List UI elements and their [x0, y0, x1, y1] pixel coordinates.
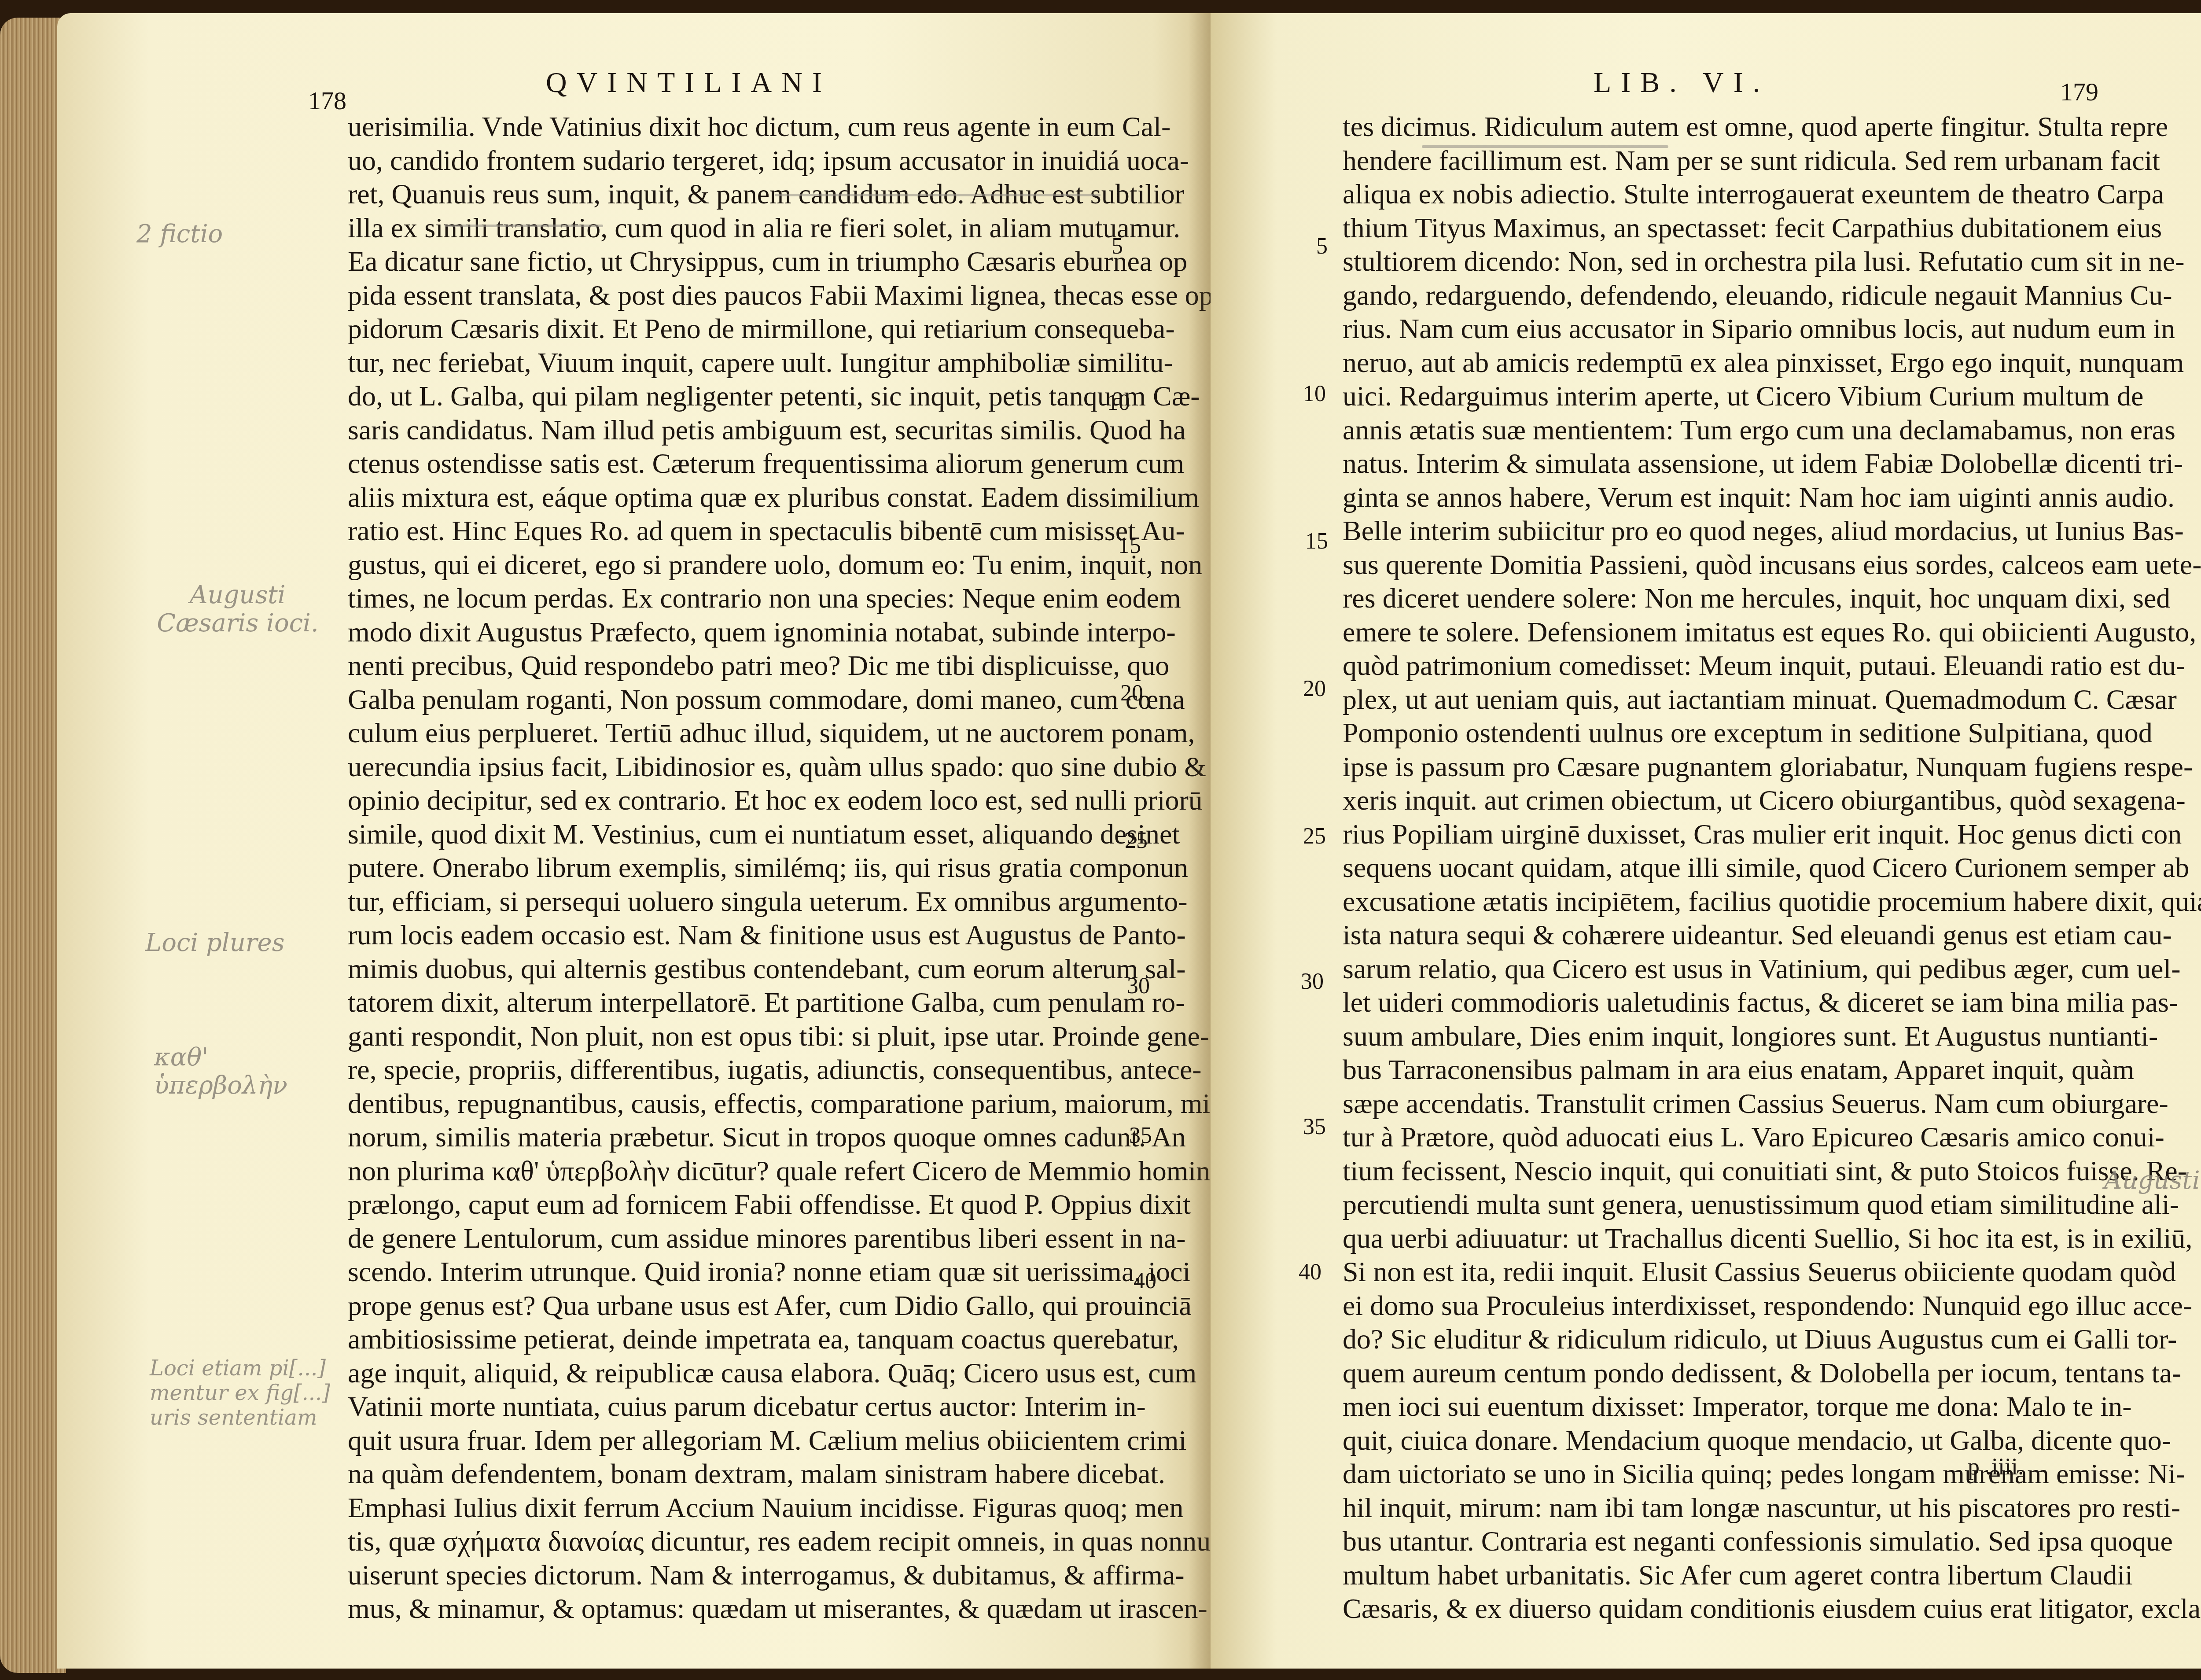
right-text-block: tes dicimus. Ridiculum autem est omne, q…: [1343, 110, 2095, 1626]
text-line: uerisimilia. Vnde Vatinius dixit hoc dic…: [348, 110, 1114, 144]
text-line: tur à Prætore, quòd aduocati eius L. Var…: [1343, 1120, 2095, 1154]
text-line: annis ætatis suæ mentientem: Tum ergo cu…: [1343, 413, 2095, 447]
right-line-number: 15: [1305, 528, 1328, 554]
text-line: illa ex simili translatio, cum quod in a…: [348, 211, 1114, 245]
right-line-number: 35: [1303, 1114, 1326, 1140]
left-line-number: 30: [1127, 973, 1150, 999]
text-line: bus utantur. Contraria est neganti confe…: [1343, 1525, 2095, 1558]
text-line: multum habet urbanitatis. Sic Afer cum a…: [1343, 1558, 2095, 1592]
margin-note-greek: καθ' ὑπερβολὴν: [154, 1043, 339, 1100]
margin-note-loci-etiam: Loci etiam pi[...] mentur ex fig[...] ur…: [150, 1356, 343, 1430]
left-line-number: 35: [1129, 1123, 1152, 1149]
right-line-number: 10: [1303, 381, 1326, 407]
text-line: tes dicimus. Ridiculum autem est omne, q…: [1343, 110, 2095, 144]
text-line: norum, similis materia præbetur. Sicut i…: [348, 1120, 1114, 1154]
text-line: ipse is passum pro Cæsare pugnantem glor…: [1343, 750, 2095, 784]
text-line: sarum relatio, qua Cicero est usus in Va…: [1343, 952, 2095, 986]
text-line: de genere Lentulorum, cum assidue minore…: [348, 1222, 1114, 1256]
text-line: bus Tarraconensibus palmam in ara eius e…: [1343, 1053, 2095, 1087]
left-line-number: 40: [1134, 1268, 1156, 1294]
text-line: quit, ciuica donare. Mendacium quoque me…: [1343, 1424, 2095, 1458]
text-line: gando, redarguendo, defendendo, eleuando…: [1343, 279, 2095, 313]
text-line: tur, nec feriebat, Viuum inquit, capere …: [348, 346, 1114, 380]
text-line: uici. Redarguimus interim aperte, ut Cic…: [1343, 379, 2095, 413]
right-line-number: 30: [1301, 969, 1324, 995]
text-line: ambitiosissime petierat, deinde impetrat…: [348, 1323, 1114, 1356]
text-line: prope genus est? Qua urbane usus est Afe…: [348, 1289, 1114, 1323]
text-line: do, ut L. Galba, qui pilam negligenter p…: [348, 379, 1114, 413]
text-line: Cæsaris, & ex diuerso quidam conditionis…: [1343, 1592, 2095, 1626]
text-line: xeris inquit. aut crimen obiectum, ut Ci…: [1343, 784, 2095, 818]
text-line: opinio decipitur, sed ex contrario. Et h…: [348, 784, 1114, 818]
text-line: quit usura fruar. Idem per allegoriam M.…: [348, 1424, 1114, 1458]
text-line: na quàm defendentem, bonam dextram, mala…: [348, 1457, 1114, 1491]
text-line: emere te solere. Defensionem imitatus es…: [1343, 615, 2095, 649]
pencil-underline: [775, 194, 1100, 196]
text-line: natus. Interim & simulata assensione, ut…: [1343, 447, 2095, 481]
text-line: tis, quæ σχήματα διανοίας dicuntur, res …: [348, 1525, 1114, 1558]
right-folio: 179: [2060, 77, 2098, 107]
text-line: Emphasi Iulius dixit ferrum Accium Nauiu…: [348, 1491, 1114, 1525]
text-line: mimis duobus, qui alternis gestibus cont…: [348, 952, 1114, 986]
text-line: uerecundia ipsius facit, Libidinosior es…: [348, 750, 1114, 784]
text-line: thium Tityus Maximus, an spectasset: fec…: [1343, 211, 2095, 245]
text-line: nenti precibus, Quid respondebo patri me…: [348, 649, 1114, 683]
pencil-underline: [1422, 145, 1668, 148]
text-line: do? Sic eluditur & ridiculum ridiculo, u…: [1343, 1323, 2095, 1356]
text-line: tatorem dixit, alterum interpellatorē. E…: [348, 986, 1114, 1020]
text-line: ginta se annos habere, Verum est inquit:…: [1343, 481, 2095, 515]
text-line: suum ambulare, Dies enim inquit, longior…: [1343, 1020, 2095, 1054]
pencil-underline: [445, 225, 603, 227]
text-line: stultiorem dicendo: Non, sed in orchestr…: [1343, 245, 2095, 279]
text-line: rius. Nam cum eius accusator in Sipario …: [1343, 312, 2095, 346]
left-line-number: 15: [1118, 533, 1141, 559]
text-line: aliqua ex nobis adiectio. Stulte interro…: [1343, 177, 2095, 211]
text-line: Galba penulam roganti, Non possum commod…: [348, 683, 1114, 717]
right-line-number: 25: [1303, 823, 1326, 849]
text-line: plex, ut aut ueniam quis, aut iactantiam…: [1343, 683, 2095, 717]
text-line: simile, quod dixit M. Vestinius, cum ei …: [348, 818, 1114, 851]
text-line: percutiendi multa sunt genera, uenustiss…: [1343, 1188, 2095, 1222]
left-folio: 178: [308, 86, 346, 115]
text-line: ista natura sequi & cohærere uideantur. …: [1343, 918, 2095, 952]
text-line: modo dixit Augustus Præfecto, quem ignom…: [348, 615, 1114, 649]
text-line: dentibus, repugnantibus, causis, effecti…: [348, 1087, 1114, 1121]
left-text-block: uerisimilia. Vnde Vatinius dixit hoc dic…: [348, 110, 1114, 1626]
text-line: excusatione ætatis incipiētem, facilius …: [1343, 885, 2095, 919]
left-line-number: 5: [1112, 233, 1123, 259]
left-line-number: 10: [1107, 390, 1130, 416]
text-line: Ea dicatur sane fictio, ut Chrysippus, c…: [348, 245, 1114, 279]
text-line: age inquit, aliquid, & reipublicæ causa …: [348, 1356, 1114, 1390]
margin-note-fictio: 2 fictio: [136, 220, 251, 248]
text-line: Vatinii morte nuntiata, cuius parum dice…: [348, 1390, 1114, 1424]
right-running-head: LIB. VI.: [1594, 66, 1770, 99]
text-line: uiserunt species dictorum. Nam & interro…: [348, 1558, 1114, 1592]
text-line: mus, & minamur, & optamus: quædam ut mis…: [348, 1592, 1114, 1626]
text-line: aliis mixtura est, eáque optima quæ ex p…: [348, 481, 1114, 515]
text-line: ei domo sua Proculeius interdixisset, re…: [1343, 1289, 2095, 1323]
right-line-number: 20: [1303, 676, 1326, 702]
text-line: sus querente Domitia Passieni, quòd incu…: [1343, 548, 2095, 582]
text-line: tium fecissent, Nescio inquit, qui conui…: [1343, 1154, 2095, 1188]
text-line: Belle interim subiicitur pro eo quod neg…: [1343, 514, 2095, 548]
text-line: Si non est ita, redii inquit. Elusit Cas…: [1343, 1255, 2095, 1289]
text-line: quòd patrimonium comedisset: Meum inquit…: [1343, 649, 2095, 683]
text-line: qua uerbi adiuuatur: ut Trachallus dicen…: [1343, 1222, 2095, 1256]
text-line: tur, efficiam, si persequi uoluero singu…: [348, 885, 1114, 919]
text-line: ctenus ostendisse satis est. Cæterum fre…: [348, 447, 1114, 481]
margin-note-augusti-ioci: Augusti ioci.: [2104, 1167, 2201, 1195]
text-line: ganti respondit, Non pluit, non est opus…: [348, 1020, 1114, 1054]
text-line: saris candidatus. Nam illud petis ambigu…: [348, 413, 1114, 447]
open-book: 178 QVINTILIANI uerisimilia. Vnde Vatini…: [0, 0, 2201, 1680]
left-line-number: 20: [1120, 680, 1143, 706]
text-line: hil inquit, mirum: nam ibi tam longæ nas…: [1343, 1491, 2095, 1525]
text-line: Pomponio ostendenti uulnus ore exceptum …: [1343, 716, 2095, 750]
text-line: men ioci sui euentum dixisset: Imperator…: [1343, 1390, 2095, 1424]
text-line: neruo, aut ab amicis redemptū ex alea pi…: [1343, 346, 2095, 380]
text-line: re, specie, propriis, differentibus, iug…: [348, 1053, 1114, 1087]
text-line: non plurima καθ' ὑπερβολὴν dicūtur? qual…: [348, 1154, 1114, 1188]
text-line: prælongo, caput eum ad fornicem Fabii of…: [348, 1188, 1114, 1222]
text-line: gustus, qui ei diceret, ego si prandere …: [348, 548, 1114, 582]
text-line: scendo. Interim utrunque. Quid ironia? n…: [348, 1255, 1114, 1289]
text-line: rum locis eadem occasio est. Nam & finit…: [348, 918, 1114, 952]
text-line: times, ne locum perdas. Ex contrario non…: [348, 582, 1114, 615]
text-line: sæpe accendatis. Transtulit crimen Cassi…: [1343, 1087, 2095, 1121]
text-line: uo, candido frontem sudario tergeret, id…: [348, 144, 1114, 178]
text-line: let uideri commodioris ualetudinis factu…: [1343, 986, 2095, 1020]
text-line: hendere facillimum est. Nam per se sunt …: [1343, 144, 2095, 178]
right-line-number: 40: [1299, 1259, 1321, 1285]
page-edges-left: [0, 18, 66, 1673]
text-line: rius Popiliam uirginē duxisset, Cras mul…: [1343, 818, 2095, 851]
left-line-number: 25: [1125, 828, 1148, 854]
margin-note-loci-plures: Loci plures: [145, 929, 321, 957]
text-line: sequens uocant quidam, atque illi simile…: [1343, 851, 2095, 885]
signature-mark: p .iiii.: [1968, 1453, 2024, 1480]
left-running-head: QVINTILIANI: [546, 66, 832, 99]
text-line: ratio est. Hinc Eques Ro. ad quem in spe…: [348, 514, 1114, 548]
text-line: quem aureum centum pondo dedissent, & Do…: [1343, 1356, 2095, 1390]
text-line: res diceret uendere solere: Non me hercu…: [1343, 582, 2095, 615]
margin-note-augusti-caesaris: Augusti Cæsaris ioci.: [141, 581, 335, 637]
text-line: putere. Onerabo librum exemplis, similém…: [348, 851, 1114, 885]
text-line: culum eius perplueret. Tertiū adhuc illu…: [348, 716, 1114, 750]
text-line: pida essent translata, & post dies pauco…: [348, 279, 1114, 313]
right-line-number: 5: [1316, 233, 1328, 259]
text-line: pidorum Cæsaris dixit. Et Peno de mirmil…: [348, 312, 1114, 346]
